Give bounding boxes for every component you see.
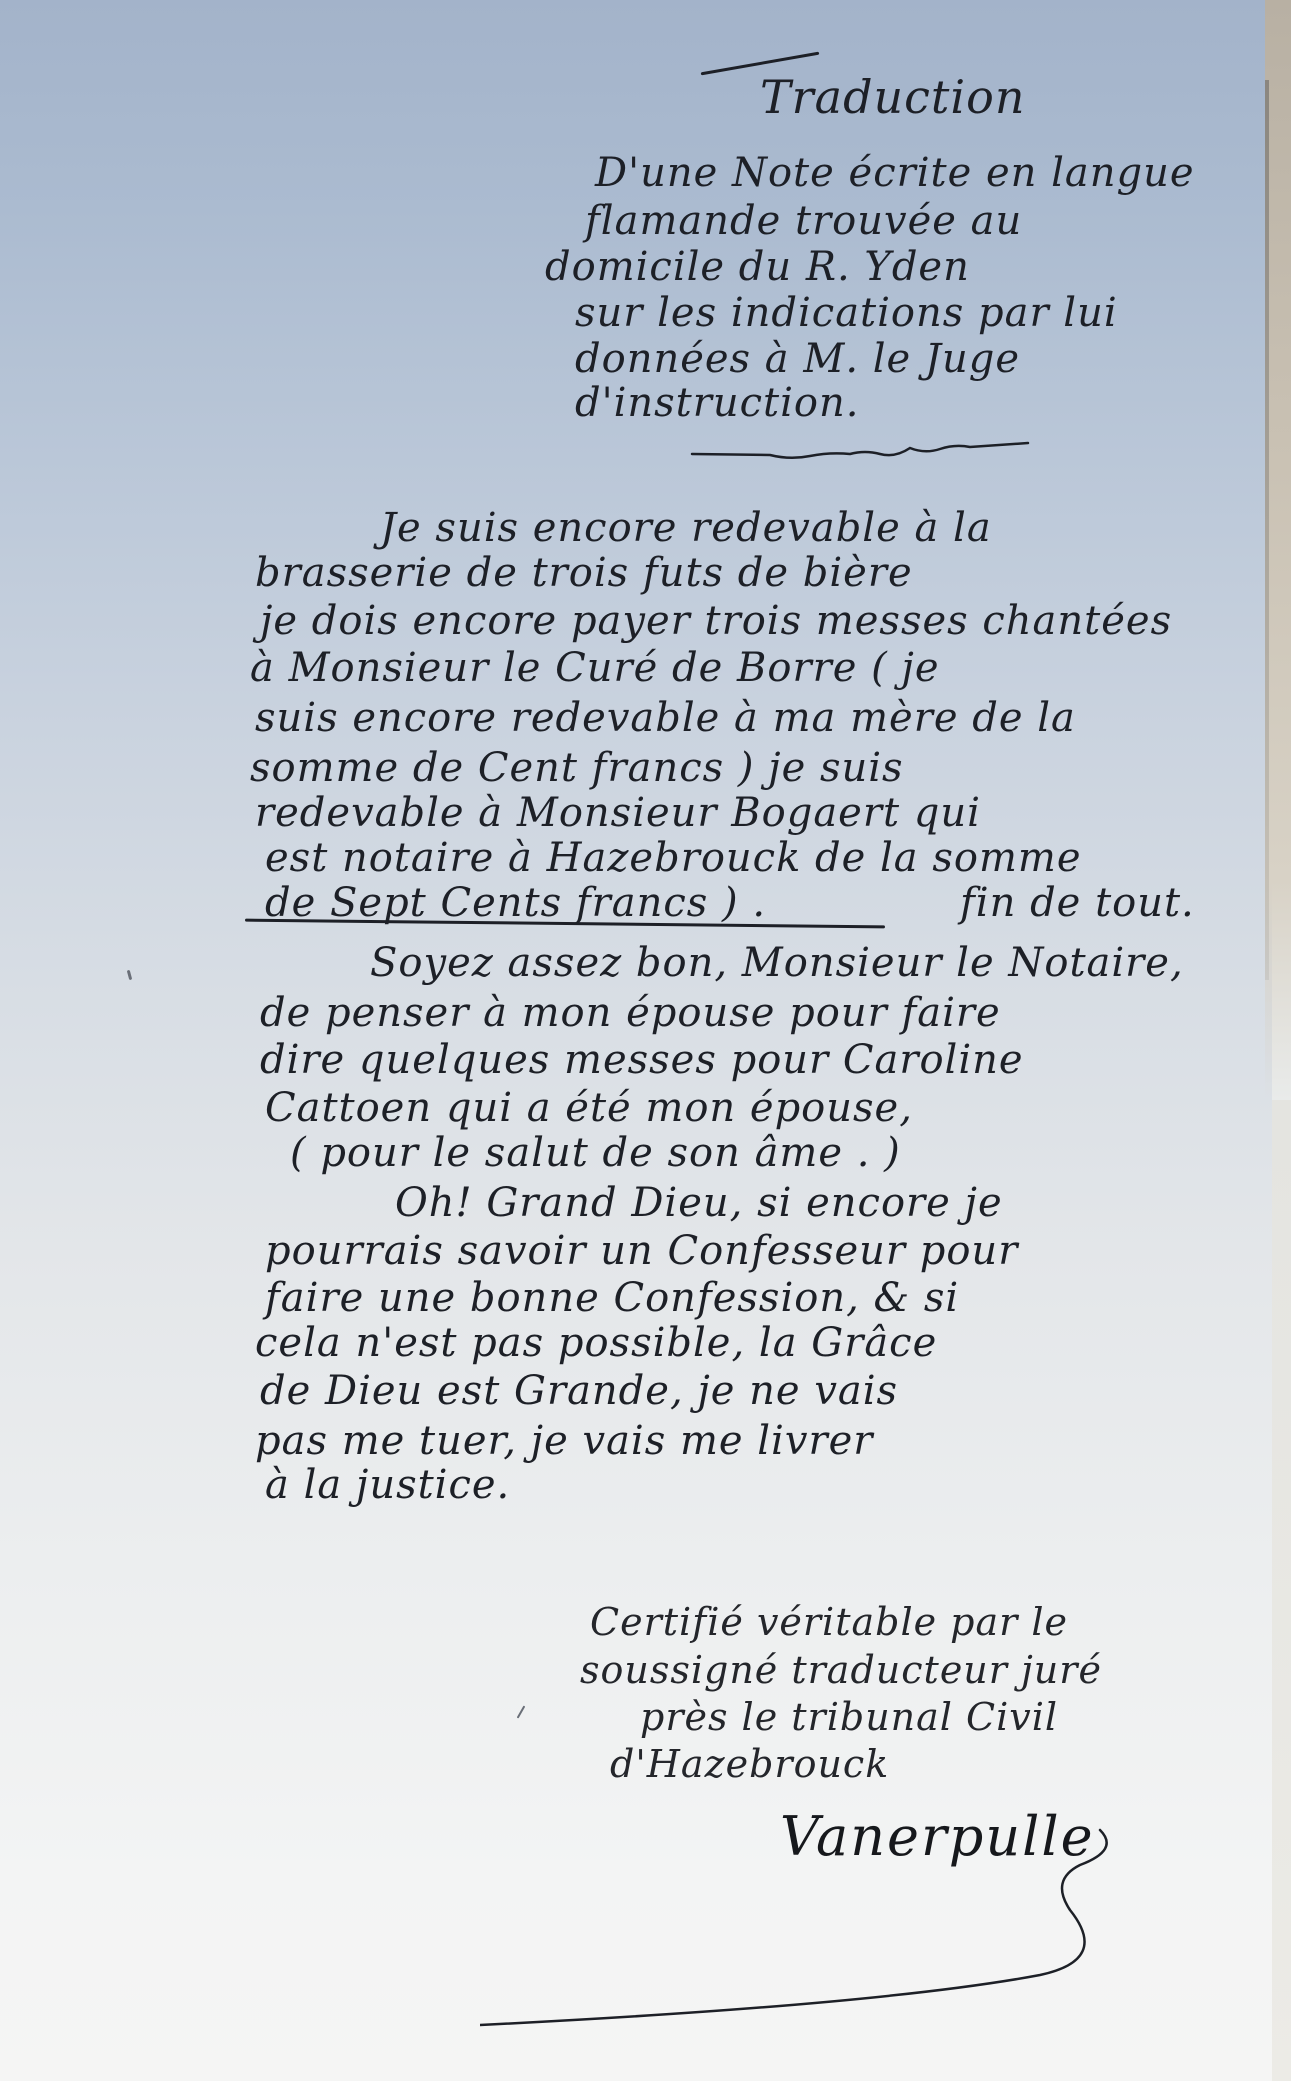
- certification-line: d'Hazebrouck: [610, 1742, 889, 1786]
- body-line: à Monsieur le Curé de Borre ( je: [250, 645, 940, 691]
- plea-line: ( pour le salut de son âme . ): [290, 1130, 901, 1176]
- page-edge: [1272, 1100, 1291, 2081]
- certification-line: près le tribunal Civil: [640, 1695, 1058, 1739]
- document-title: Traduction: [760, 70, 1025, 124]
- header-line: données à M. le Juge: [575, 336, 1020, 382]
- plea-line: pas me tuer, je vais me livrer: [255, 1418, 873, 1464]
- page-fold-shadow: [1265, 80, 1269, 980]
- adjacent-page-strip: [1265, 0, 1291, 1100]
- ink-speck: [127, 970, 132, 980]
- body-line: je dois encore payer trois messes chanté…: [260, 598, 1172, 644]
- body-line: est notaire à Hazebrouck de la somme: [265, 835, 1082, 881]
- certification-line: Certifié véritable par le: [590, 1600, 1068, 1644]
- body-line: brasserie de trois futs de bière: [255, 550, 913, 596]
- document-page: Traduction D'une Note écrite en langue f…: [0, 0, 1272, 2081]
- signature-flourish: [480, 1790, 1180, 2050]
- body-line: redevable à Monsieur Bogaert qui: [255, 790, 981, 836]
- plea-line: à la justice.: [265, 1462, 510, 1508]
- wavy-separator: [690, 440, 1030, 464]
- end-note: fin de tout.: [960, 880, 1195, 926]
- body-line: Je suis encore redevable à la: [380, 505, 992, 551]
- plea-line: dire quelques messes pour Caroline: [260, 1037, 1024, 1083]
- header-line: D'une Note écrite en langue: [595, 150, 1195, 196]
- header-line: d'instruction.: [575, 380, 859, 426]
- plea-line: pourrais savoir un Confesseur pour: [265, 1228, 1018, 1274]
- header-line: flamande trouvée au: [585, 198, 1022, 244]
- plea-line: Soyez assez bon, Monsieur le Notaire,: [370, 940, 1184, 986]
- plea-line: de penser à mon épouse pour faire: [260, 990, 1001, 1036]
- plea-line: Oh! Grand Dieu, si encore je: [395, 1180, 1003, 1226]
- plea-line: Cattoen qui a été mon épouse,: [265, 1085, 913, 1131]
- plea-line: cela n'est pas possible, la Grâce: [255, 1320, 937, 1366]
- header-line: domicile du R. Yden: [545, 244, 970, 290]
- body-line: suis encore redevable à ma mère de la: [255, 695, 1076, 741]
- plea-line: de Dieu est Grande, je ne vais: [260, 1368, 898, 1414]
- certification-line: soussigné traducteur juré: [580, 1648, 1102, 1692]
- header-line: sur les indications par lui: [575, 290, 1118, 336]
- body-line: somme de Cent francs ) je suis: [250, 745, 904, 791]
- ink-speck: [517, 1705, 526, 1718]
- plea-line: faire une bonne Confession, & si: [265, 1275, 959, 1321]
